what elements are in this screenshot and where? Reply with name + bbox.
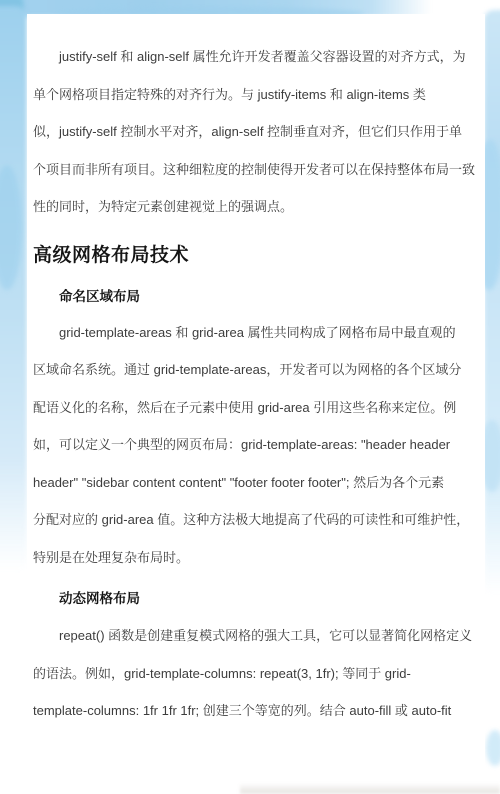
text-line: 似，justify-self 控制水平对齐，align-self 控制垂直对齐，… (33, 113, 463, 151)
watercolor-right-border (484, 10, 500, 595)
watercolor-right-splotch-lower (486, 730, 500, 766)
paragraph-repeat-function: repeat() 函数是创建重复模式网格的强大工具，它可以显著简化网格定义 的语… (33, 617, 463, 730)
text-line: 个项目而非所有项目。这种细粒度的控制使得开发者可以在保持整体布局一致 (33, 151, 463, 189)
text-line: repeat() 函数是创建重复模式网格的强大工具，它可以显著简化网格定义 (33, 617, 463, 655)
text-line: 如，可以定义一个典型的网页布局：grid-template-areas: "he… (33, 426, 463, 464)
paragraph-named-areas: grid-template-areas 和 grid-area 属性共同构成了网… (33, 314, 463, 577)
paragraph-justify-self: justify-self 和 align-self 属性允许开发者覆盖父容器设置… (33, 38, 463, 226)
text-line: grid-template-areas 和 grid-area 属性共同构成了网… (33, 314, 463, 352)
text-line: 分配对应的 grid-area 值。这种方法极大地提高了代码的可读性和可维护性， (33, 501, 463, 539)
article-page: justify-self 和 align-self 属性允许开发者覆盖父容器设置… (0, 0, 500, 794)
page-bottom-shadow (240, 783, 500, 794)
text-line: 配语义化的名称，然后在子元素中使用 grid-area 引用这些名称来定位。例 (33, 389, 463, 427)
text-line: 的语法。例如，grid-template-columns: repeat(3, … (33, 655, 463, 693)
subheading-dynamic-grid-layout: 动态网格布局 (33, 586, 463, 612)
text-line: justify-self 和 align-self 属性允许开发者覆盖父容器设置… (33, 38, 463, 76)
text-line: header" "sidebar content content" "foote… (33, 464, 463, 502)
text-line: template-columns: 1fr 1fr 1fr; 创建三个等宽的列。… (33, 692, 463, 730)
article-content: justify-self 和 align-self 属性允许开发者覆盖父容器设置… (33, 38, 463, 730)
text-line: 单个网格项目指定特殊的对齐行为。与 justify-items 和 align-… (33, 76, 463, 114)
text-line: 特别是在处理复杂布局时。 (33, 539, 463, 577)
text-line: 性的同时，为特定元素创建视觉上的强调点。 (33, 188, 463, 226)
subheading-named-area-layout: 命名区域布局 (33, 284, 463, 310)
heading-advanced-grid-techniques: 高级网格布局技术 (33, 241, 463, 271)
text-line: 区域命名系统。通过 grid-template-areas，开发者可以为网格的各… (33, 351, 463, 389)
